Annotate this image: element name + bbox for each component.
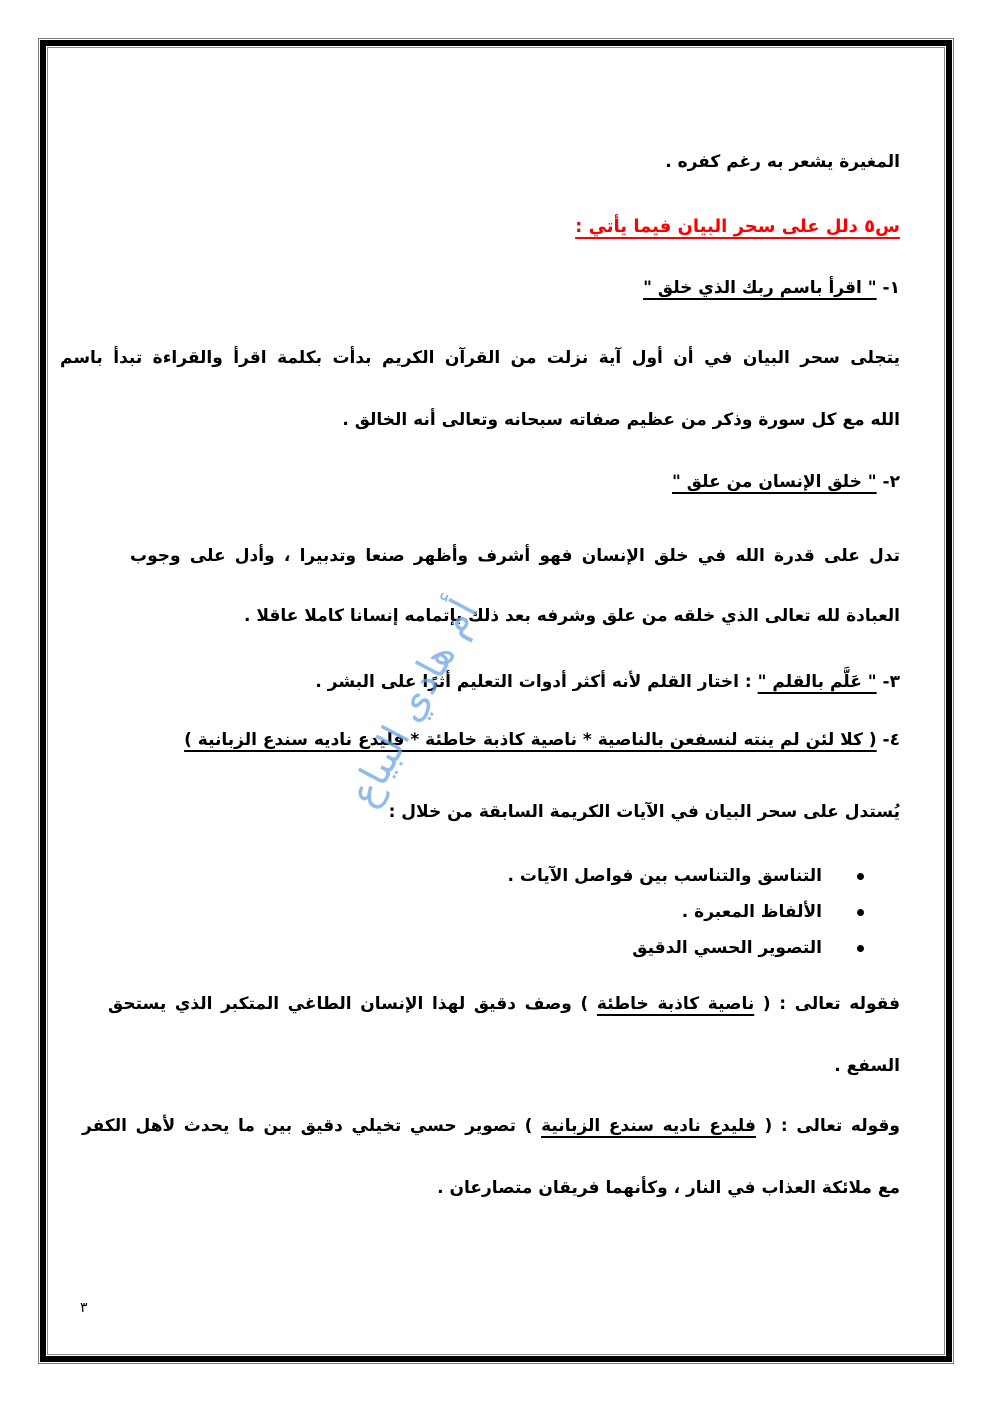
item-2-number: ٢- [883, 472, 900, 492]
bullet-item: التناسق والتناسب بين فواصل الآيات . [508, 858, 841, 894]
paragraph-3-line-1: فقوله تعالى : ( ناصية كاذبة خاطئة ) وصف … [108, 994, 900, 1014]
item-4-number: ٤- [883, 730, 900, 750]
item-2-quote: " خلق الإنسان من علق " [672, 472, 877, 492]
item-4-quote: ( كلا لئن لم ينته لنسفعن بالناصية * ناصي… [184, 730, 877, 750]
item-1-quote: " اقرأ باسم ربك الذي خلق " [643, 278, 877, 298]
continued-text-line: المغيرة يشعر به رغم كفره . [665, 152, 900, 172]
paragraph-4-line-1: وقوله تعالى : ( فليدع ناديه سندع الزباني… [82, 1116, 900, 1136]
paragraph-4-line-2: مع ملائكة العذاب في النار ، وكأنهما فريق… [437, 1178, 900, 1198]
item-4-heading: ٤- ( كلا لئن لم ينته لنسفعن بالناصية * ن… [184, 730, 900, 750]
item-2-paragraph-line-2: العبادة لله تعالى الذي خلقه من علق وشرفه… [244, 606, 900, 626]
paragraph-4-quote: فليدع ناديه سندع الزبانية [541, 1116, 756, 1136]
evidence-intro: يُستدل على سحر البيان في الآيات الكريمة … [389, 802, 900, 822]
bullet-item: التصوير الحسي الدقيق [508, 930, 841, 966]
item-2-paragraph-line-1: تدل على قدرة الله في خلق الإنسان فهو أشر… [130, 546, 900, 566]
question-5-heading: س٥ دلل على سحر البيان فيما يأتي : [575, 216, 900, 237]
paragraph-4-suffix: ) تصوير حسي تخيلي دقيق بين ما يحدث لأهل … [82, 1116, 541, 1136]
item-3-line: ٣- " عَلَّم بالقلم " : اختار القلم لأنه … [315, 672, 900, 692]
paragraph-3-suffix: ) وصف دقيق لهذا الإنسان الطاغي المتكبر ا… [108, 994, 597, 1014]
page-number: ٣ [80, 1300, 88, 1316]
evidence-bullet-list: التناسق والتناسب بين فواصل الآيات . الأل… [508, 858, 841, 966]
item-1-heading: ١- " اقرأ باسم ربك الذي خلق " [643, 278, 900, 298]
item-3-number: ٣- [883, 672, 900, 692]
paragraph-3-line-2: السفع . [834, 1056, 900, 1076]
item-3-quote: " عَلَّم بالقلم " [758, 672, 877, 692]
document-page: المغيرة يشعر به رغم كفره . س٥ دلل على سح… [60, 60, 900, 1340]
item-1-paragraph-line-1: يتجلى سحر البيان في أن أول آية نزلت من ا… [60, 348, 900, 368]
paragraph-4-prefix: وقوله تعالى : ( [756, 1116, 900, 1136]
item-1-number: ١- [883, 278, 900, 298]
item-3-text: : اختار القلم لأنه أكثر أدوات التعليم أث… [315, 672, 757, 692]
paragraph-3-prefix: فقوله تعالى : ( [754, 994, 900, 1014]
item-2-heading: ٢- " خلق الإنسان من علق " [672, 472, 900, 492]
bullet-item: الألفاظ المعبرة . [508, 894, 841, 930]
paragraph-3-quote: ناصية كاذبة خاطئة [597, 994, 754, 1014]
item-1-paragraph-line-2: الله مع كل سورة وذكر من عظيم صفاته سبحان… [342, 410, 900, 430]
